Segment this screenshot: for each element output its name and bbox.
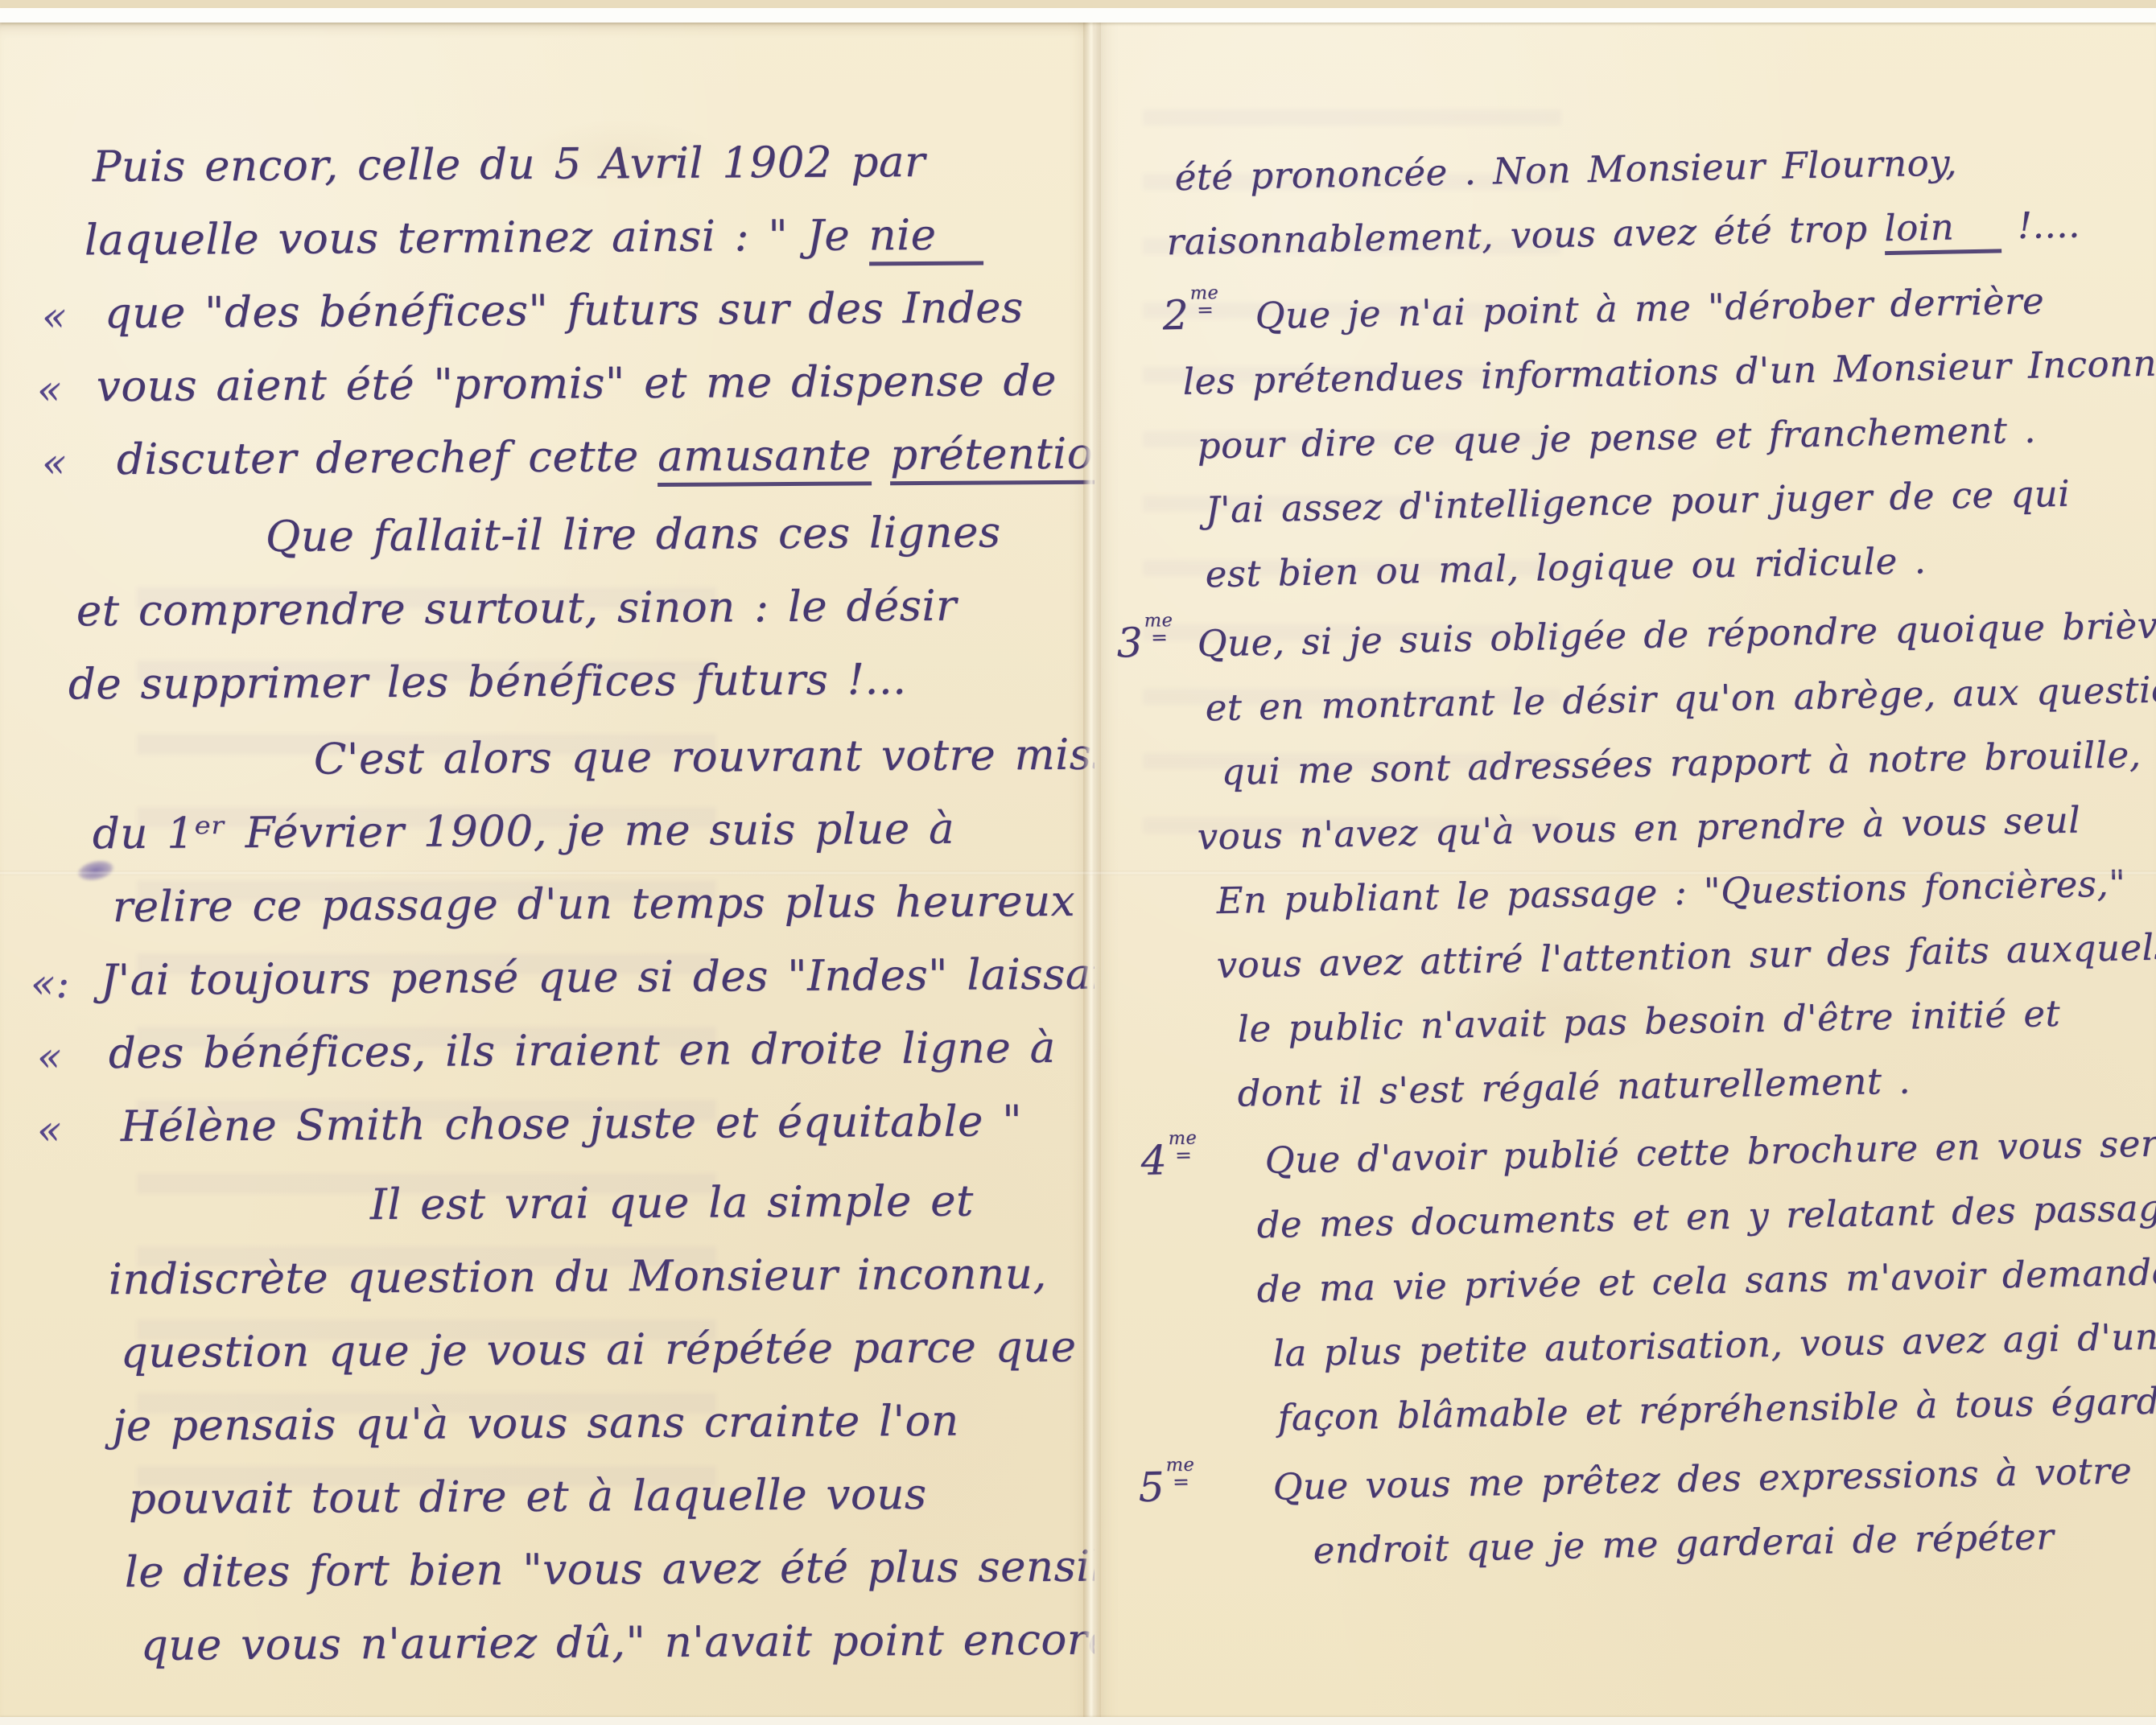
margin-quote-mark: « bbox=[37, 366, 63, 414]
margin-quote-mark: « bbox=[42, 438, 68, 486]
item-number: 2 bbox=[1162, 291, 1189, 340]
letter-scan: Puis encor, celle du 5 Avril 1902 parlaq… bbox=[0, 0, 2156, 1725]
underlined-word: nie bbox=[868, 211, 983, 266]
text-segment: de supprimer les bénéfices futurs !... bbox=[68, 655, 907, 709]
page-fold-gutter bbox=[1083, 8, 1101, 1725]
text-line: de supprimer les bénéfices futurs !... bbox=[0, 654, 1094, 734]
line-text: Que je n'ai point à me "dérober derrière bbox=[1094, 279, 2044, 340]
line-text: Il est vrai que la simple et bbox=[0, 1177, 974, 1232]
item-number-marker: 3me= bbox=[1116, 618, 1173, 666]
line-text: J'ai toujours pensé que si des "Indes" l… bbox=[0, 949, 1177, 1006]
text-segment: Puis encor, celle du 5 Avril 1902 par bbox=[93, 138, 925, 191]
text-segment: que vous n'auriez dû," n'avait point enc… bbox=[141, 1616, 1114, 1670]
text-line: laquelle vous terminez ainsi : " Je nie bbox=[0, 210, 1094, 290]
line-text: et comprendre surtout, sinon : le désir bbox=[0, 582, 957, 636]
text-line: «vous aient été "promis" et me dispense … bbox=[0, 356, 1094, 436]
line-text: de supprimer les bénéfices futurs !... bbox=[0, 655, 907, 710]
item-number: 4 bbox=[1140, 1136, 1168, 1184]
text-line: question que je vous ai répétée parce qu… bbox=[0, 1323, 1094, 1402]
line-text: laquelle vous terminez ainsi : " Je nie bbox=[0, 211, 983, 266]
line-text: du 1ᵉʳ Février 1900, je me suis plue à bbox=[0, 805, 954, 859]
item-number-marker: 2me= bbox=[1162, 290, 1219, 339]
text-segment: Hélène Smith chose juste et équitable " bbox=[121, 1097, 1023, 1151]
line-text: je pensais qu'à vous sans crainte l'on bbox=[0, 1397, 959, 1451]
text-line: C'est alors que rouvrant votre missive bbox=[0, 731, 1094, 810]
text-line: Puis encor, celle du 5 Avril 1902 par bbox=[0, 137, 1094, 216]
text-segment: laquelle vous terminez ainsi : " Je bbox=[85, 211, 869, 265]
line-text: que vous n'auriez dû," n'avait point enc… bbox=[0, 1616, 1114, 1671]
line-text: Que fallait-il lire dans ces lignes bbox=[0, 508, 1001, 563]
line-text: question que je vous ai répétée parce qu… bbox=[0, 1323, 1077, 1378]
text-segment: du 1ᵉʳ Février 1900, je me suis plue à bbox=[93, 805, 955, 859]
text-line: Que fallait-il lire dans ces lignes bbox=[0, 508, 1094, 587]
text-line: «Hélène Smith chose juste et équitable " bbox=[0, 1097, 1094, 1176]
item-number-suffix: me= bbox=[1144, 611, 1173, 644]
ordinal-underline-mark: = bbox=[1173, 1474, 1189, 1488]
text-line: «discuter derechef cette amusante préten… bbox=[0, 430, 1094, 509]
text-segment: discuter derechef cette bbox=[117, 432, 658, 484]
line-text: discuter derechef cette amusante prétent… bbox=[0, 429, 1177, 485]
letter-page-right: été prononcée . Non Monsieur Flournoy,ra… bbox=[1094, 13, 2156, 1725]
line-text: le dites fort bien "vous avez été plus s… bbox=[0, 1542, 1158, 1598]
text-line: le dites fort bien "vous avez été plus s… bbox=[0, 1542, 1094, 1622]
text-line: pouvait tout dire et à laquelle vous bbox=[0, 1469, 1094, 1549]
line-text: vous aient été "promis" et me dispense d… bbox=[0, 356, 1057, 412]
text-segment: été prononcée . Non Monsieur Flournoy, bbox=[1174, 141, 1957, 199]
text-segment: !.... bbox=[2001, 203, 2081, 247]
text-segment: indiscrète question du Monsieur inconnu, bbox=[109, 1249, 1047, 1304]
line-text: relire ce passage d'un temps plus heureu… bbox=[0, 877, 1109, 932]
text-segment: pouvait tout dire et à laquelle vous bbox=[129, 1470, 927, 1524]
line-text: été prononcée . Non Monsieur Flournoy, bbox=[1094, 141, 1957, 200]
scanner-edge-top bbox=[0, 8, 2156, 23]
text-segment: relire ce passage d'un temps plus heureu… bbox=[113, 877, 1109, 932]
text-line: que vous n'auriez dû," n'avait point enc… bbox=[0, 1616, 1094, 1695]
text-segment: J'ai toujours pensé que si des "Indes" l… bbox=[101, 949, 1177, 1005]
text-segment: des bénéfices, ils iraient en droite lig… bbox=[109, 1023, 1056, 1078]
scanner-edge-bottom bbox=[0, 1717, 2156, 1725]
margin-quote-mark: « bbox=[37, 1106, 63, 1154]
text-line: «:J'ai toujours pensé que si des "Indes"… bbox=[0, 950, 1094, 1030]
under-sheet-edge bbox=[0, 0, 2156, 8]
line-text: pouvait tout dire et à laquelle vous bbox=[0, 1470, 927, 1525]
line-text: Hélène Smith chose juste et équitable " bbox=[0, 1097, 1022, 1152]
right-page-text: été prononcée . Non Monsieur Flournoy,ra… bbox=[1094, 13, 2156, 1598]
ordinal-underline-mark: = bbox=[1175, 1147, 1191, 1162]
text-line: et comprendre surtout, sinon : le désir bbox=[0, 581, 1094, 661]
text-segment: je pensais qu'à vous sans crainte l'on bbox=[113, 1397, 959, 1451]
text-segment: Que fallait-il lire dans ces lignes bbox=[266, 508, 1001, 562]
ordinal-underline-mark: = bbox=[1197, 303, 1213, 317]
text-segment: vous aient été "promis" et me dispense d… bbox=[97, 356, 1057, 411]
text-line: Il est vrai que la simple et bbox=[0, 1176, 1094, 1256]
item-number-marker: 4me= bbox=[1140, 1136, 1198, 1184]
horizontal-fold-crease bbox=[0, 871, 2156, 875]
text-segment: que "des bénéfices" futurs sur des Indes bbox=[105, 283, 1024, 338]
left-page-text: Puis encor, celle du 5 Avril 1902 parlaq… bbox=[0, 23, 1094, 1695]
line-text: des bénéfices, ils iraient en droite lig… bbox=[0, 1023, 1056, 1079]
margin-quote-mark: «: bbox=[31, 959, 70, 1007]
item-number: 5 bbox=[1138, 1463, 1165, 1511]
item-number-marker: 5me= bbox=[1138, 1463, 1195, 1511]
text-segment: question que je vous ai répétée parce qu… bbox=[121, 1323, 1077, 1377]
text-segment: Il est vrai que la simple et bbox=[370, 1177, 974, 1230]
text-line: «que "des bénéfices" futurs sur des Inde… bbox=[0, 283, 1094, 363]
item-number: 3 bbox=[1116, 619, 1144, 667]
underlined-word: amusante bbox=[658, 430, 872, 487]
text-segment: C'est alors que rouvrant votre missive bbox=[314, 730, 1178, 784]
text-line: «des bénéfices, ils iraient en droite li… bbox=[0, 1023, 1094, 1103]
text-segment bbox=[872, 430, 891, 480]
text-line: je pensais qu'à vous sans crainte l'on bbox=[0, 1396, 1094, 1476]
line-text: C'est alors que rouvrant votre missive bbox=[0, 730, 1178, 786]
item-number-suffix: me= bbox=[1169, 1130, 1198, 1162]
line-text: Puis encor, celle du 5 Avril 1902 par bbox=[0, 138, 925, 192]
margin-quote-mark: « bbox=[42, 292, 68, 340]
item-number-suffix: me= bbox=[1190, 284, 1219, 316]
text-line: relire ce passage d'un temps plus heureu… bbox=[0, 877, 1094, 957]
ordinal-underline-mark: = bbox=[1151, 630, 1167, 644]
text-segment: Que je n'ai point à me "dérober derrière bbox=[1255, 279, 2044, 337]
item-number-suffix: me= bbox=[1166, 1456, 1195, 1488]
underlined-word: loin bbox=[1884, 204, 2001, 255]
text-segment: et comprendre surtout, sinon : le désir bbox=[76, 582, 957, 636]
line-text: indiscrète question du Monsieur inconnu, bbox=[0, 1249, 1047, 1305]
line-text: que "des bénéfices" futurs sur des Indes bbox=[0, 283, 1024, 339]
text-line: indiscrète question du Monsieur inconnu, bbox=[0, 1249, 1094, 1329]
text-segment: le dites fort bien "vous avez été plus s… bbox=[125, 1542, 1158, 1597]
margin-quote-mark: « bbox=[37, 1033, 63, 1081]
